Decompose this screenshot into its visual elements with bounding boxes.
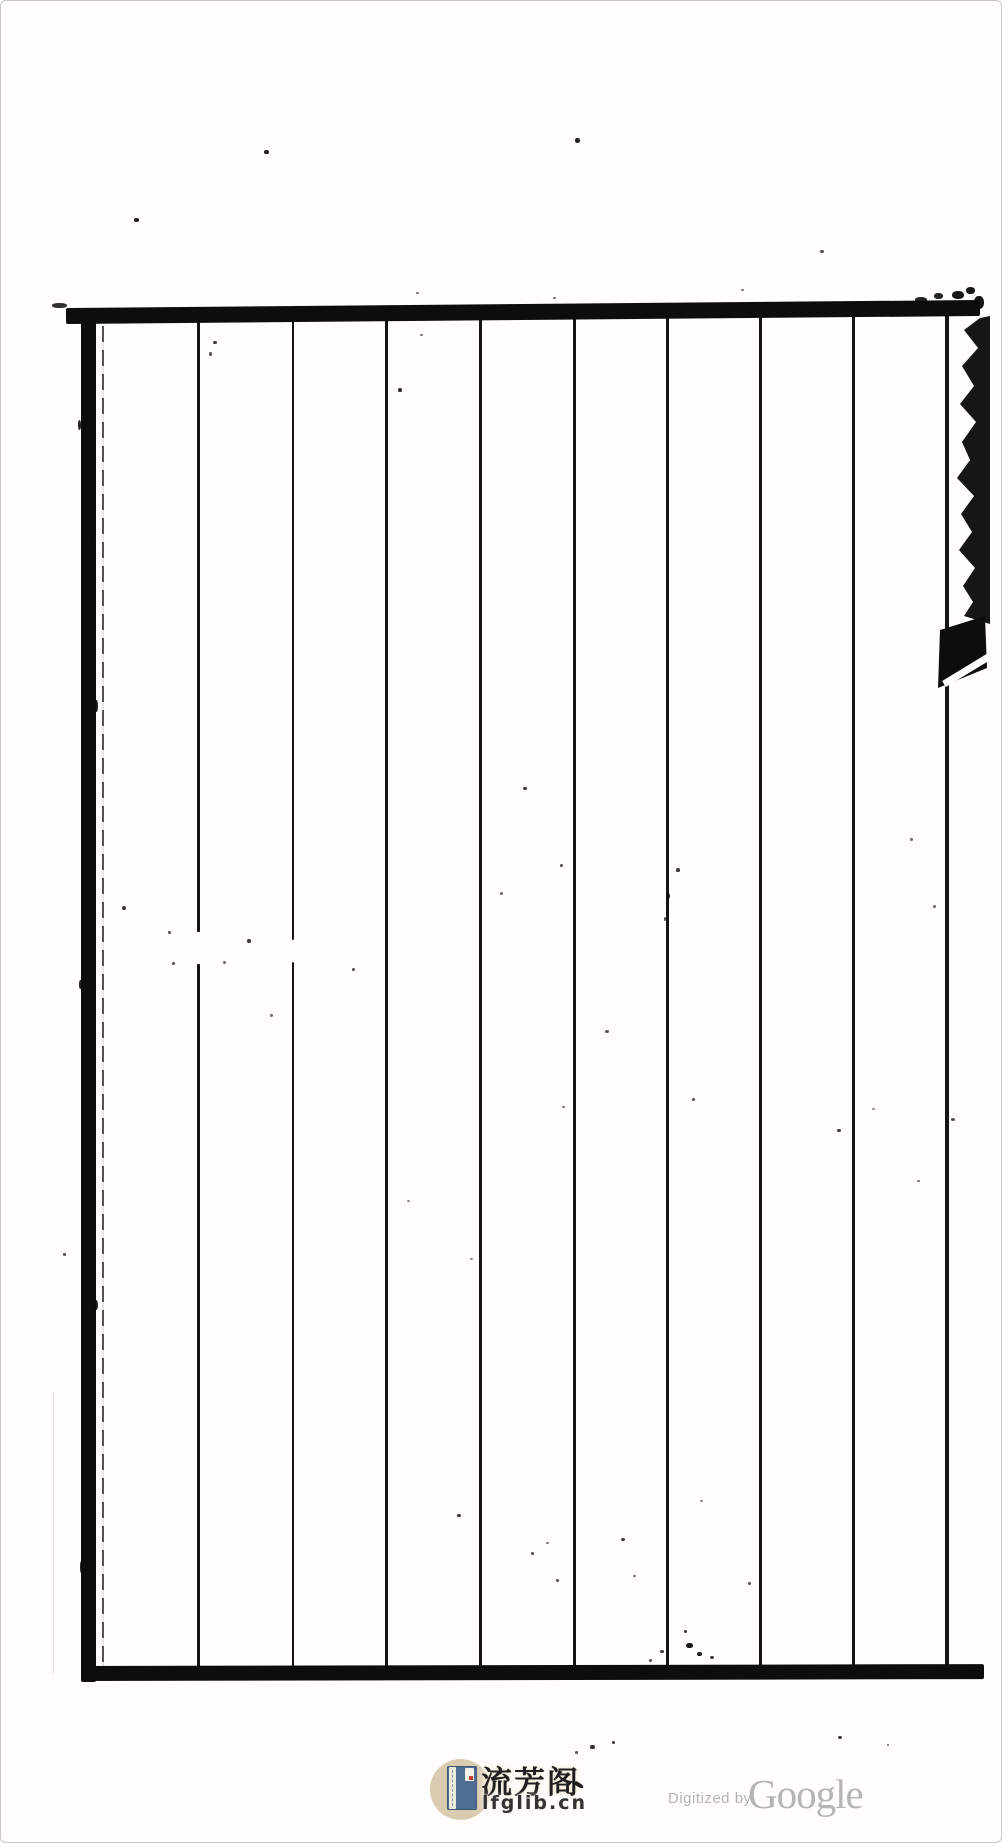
ink-speck [416, 292, 419, 294]
ink-speck [172, 962, 175, 965]
ink-speck [838, 1736, 842, 1739]
ink-speck [209, 352, 212, 356]
ink-speck [90, 537, 95, 545]
ink-speck [352, 968, 355, 971]
ink-speck [79, 980, 82, 989]
binding-edge-strip [957, 316, 990, 624]
book-stitch-line [452, 1770, 453, 1806]
frame-bottom-border [83, 1664, 984, 1681]
ink-speck [686, 1643, 693, 1648]
ink-speck [470, 1258, 473, 1260]
ink-speck [134, 218, 139, 222]
ink-speck [612, 1741, 615, 1744]
ink-speck [560, 864, 563, 867]
book-icon [447, 1766, 477, 1810]
ink-speck [933, 905, 936, 908]
ink-speck [270, 1014, 273, 1017]
ink-speck [575, 138, 580, 143]
site-domain: lfglib.cn [482, 1792, 587, 1814]
ink-speck [872, 1108, 875, 1110]
ink-speck [684, 1630, 687, 1633]
ink-speck [664, 917, 666, 921]
google-wordmark: Google [748, 1770, 863, 1818]
ink-speck [122, 906, 126, 910]
column-line [666, 317, 669, 1668]
book-title-label [465, 1768, 474, 1781]
ink-speck [910, 838, 913, 841]
binding-edge-ink [938, 280, 1002, 720]
ink-speck [94, 1300, 98, 1310]
ink-speck [887, 1744, 889, 1746]
frame-left-border [81, 310, 96, 1682]
ink-speck [605, 1030, 609, 1033]
ink-speck [660, 1650, 664, 1653]
ink-speck [546, 1542, 549, 1544]
ink-speck [676, 868, 680, 872]
ink-speck [95, 700, 98, 712]
ink-speck [917, 1180, 920, 1182]
book-spine [449, 1767, 456, 1809]
column-line [292, 321, 294, 940]
ink-speck [420, 334, 423, 336]
digitized-by-label: Digitized by [668, 1790, 752, 1807]
ink-speck [223, 961, 226, 964]
ink-speck [80, 1560, 84, 1574]
column-line [292, 962, 294, 1668]
book-seal [469, 1776, 473, 1780]
ink-speck [710, 1656, 714, 1659]
ink-speck [649, 1659, 652, 1662]
ink-speck [523, 787, 527, 790]
column-line [573, 318, 576, 1668]
ink-speck [667, 893, 670, 899]
ink-speck [700, 1500, 703, 1502]
ink-speck [590, 1745, 595, 1749]
scan-fold-line [53, 1392, 54, 1674]
column-line [479, 319, 482, 1668]
ink-speck [264, 150, 269, 154]
ink-speck [457, 1514, 461, 1517]
ink-speck [52, 303, 67, 308]
frame-top-border [66, 300, 980, 324]
ink-speck [748, 1582, 751, 1585]
column-line [385, 320, 388, 1668]
column-line [852, 315, 855, 1668]
ink-speck [915, 297, 927, 303]
ink-speck [500, 892, 503, 895]
ink-speck [575, 1751, 578, 1754]
frame-inner-left-line [102, 326, 104, 1668]
ink-speck [697, 1652, 702, 1656]
ink-speck [63, 1253, 66, 1256]
ink-speck [213, 341, 217, 344]
ink-speck [837, 1129, 841, 1132]
ink-speck [692, 1098, 695, 1101]
ink-speck [531, 1552, 534, 1555]
ink-speck [553, 297, 556, 299]
column-line [197, 322, 200, 932]
ink-speck [168, 931, 171, 934]
ink-speck [247, 939, 251, 943]
ink-speck [562, 1106, 565, 1108]
ink-speck [820, 250, 824, 253]
column-line [759, 316, 762, 1668]
ink-speck [633, 1575, 636, 1577]
ink-speck [621, 1538, 625, 1541]
ruled-frame [0, 0, 1002, 1843]
ink-speck [951, 1118, 955, 1121]
ink-speck [556, 1579, 559, 1582]
ink-speck [78, 420, 81, 430]
ink-speck [398, 388, 402, 392]
ink-speck [741, 289, 744, 291]
ink-speck [407, 1200, 410, 1202]
ink-wedge [938, 616, 987, 688]
column-line [197, 964, 200, 1668]
